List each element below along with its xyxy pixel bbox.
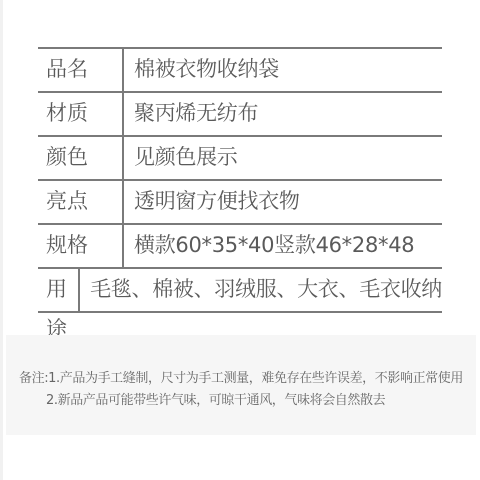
note-panel: 备注:1.产品为手工缝制，尺寸为手工测量，难免存在些许误差，不影响正常使用 2.… <box>6 335 476 435</box>
row-value: 透明窗方便找衣物 <box>124 181 300 223</box>
note-line-1: 备注:1.产品为手工缝制，尺寸为手工测量，难免存在些许误差，不影响正常使用 <box>19 367 463 386</box>
row-label: 品名 <box>38 49 124 91</box>
table-row-highlight: 亮点 透明窗方便找衣物 <box>38 179 442 223</box>
row-value: 聚丙烯无纺布 <box>124 93 258 135</box>
row-value: 棉被衣物收纳袋 <box>124 49 279 91</box>
note-line-2: 2.新品产品可能带些许气味，可晾干通风，气味将会自然散去 <box>46 389 385 408</box>
row-label: 用途 <box>38 269 80 311</box>
table-row-material: 材质 聚丙烯无纺布 <box>38 91 442 135</box>
row-label: 亮点 <box>38 181 124 223</box>
table-row-color: 颜色 见颜色展示 <box>38 135 442 179</box>
row-value: 见颜色展示 <box>124 137 238 179</box>
table-row-size: 规格 横款60*35*40竖款46*28*48 <box>38 223 442 267</box>
frame-edge <box>0 0 3 480</box>
row-label: 材质 <box>38 93 124 135</box>
spec-table: 品名 棉被衣物收纳袋 材质 聚丙烯无纺布 颜色 见颜色展示 亮点 透明窗方便找衣… <box>38 47 442 313</box>
row-value: 横款60*35*40竖款46*28*48 <box>124 225 414 267</box>
row-label: 规格 <box>38 225 124 267</box>
row-value: 毛毯、棉被、羽绒服、大衣、毛衣收纳 <box>80 269 442 311</box>
table-row-usage: 用途 毛毯、棉被、羽绒服、大衣、毛衣收纳 <box>38 267 442 313</box>
table-row-name: 品名 棉被衣物收纳袋 <box>38 47 442 91</box>
row-label: 颜色 <box>38 137 124 179</box>
